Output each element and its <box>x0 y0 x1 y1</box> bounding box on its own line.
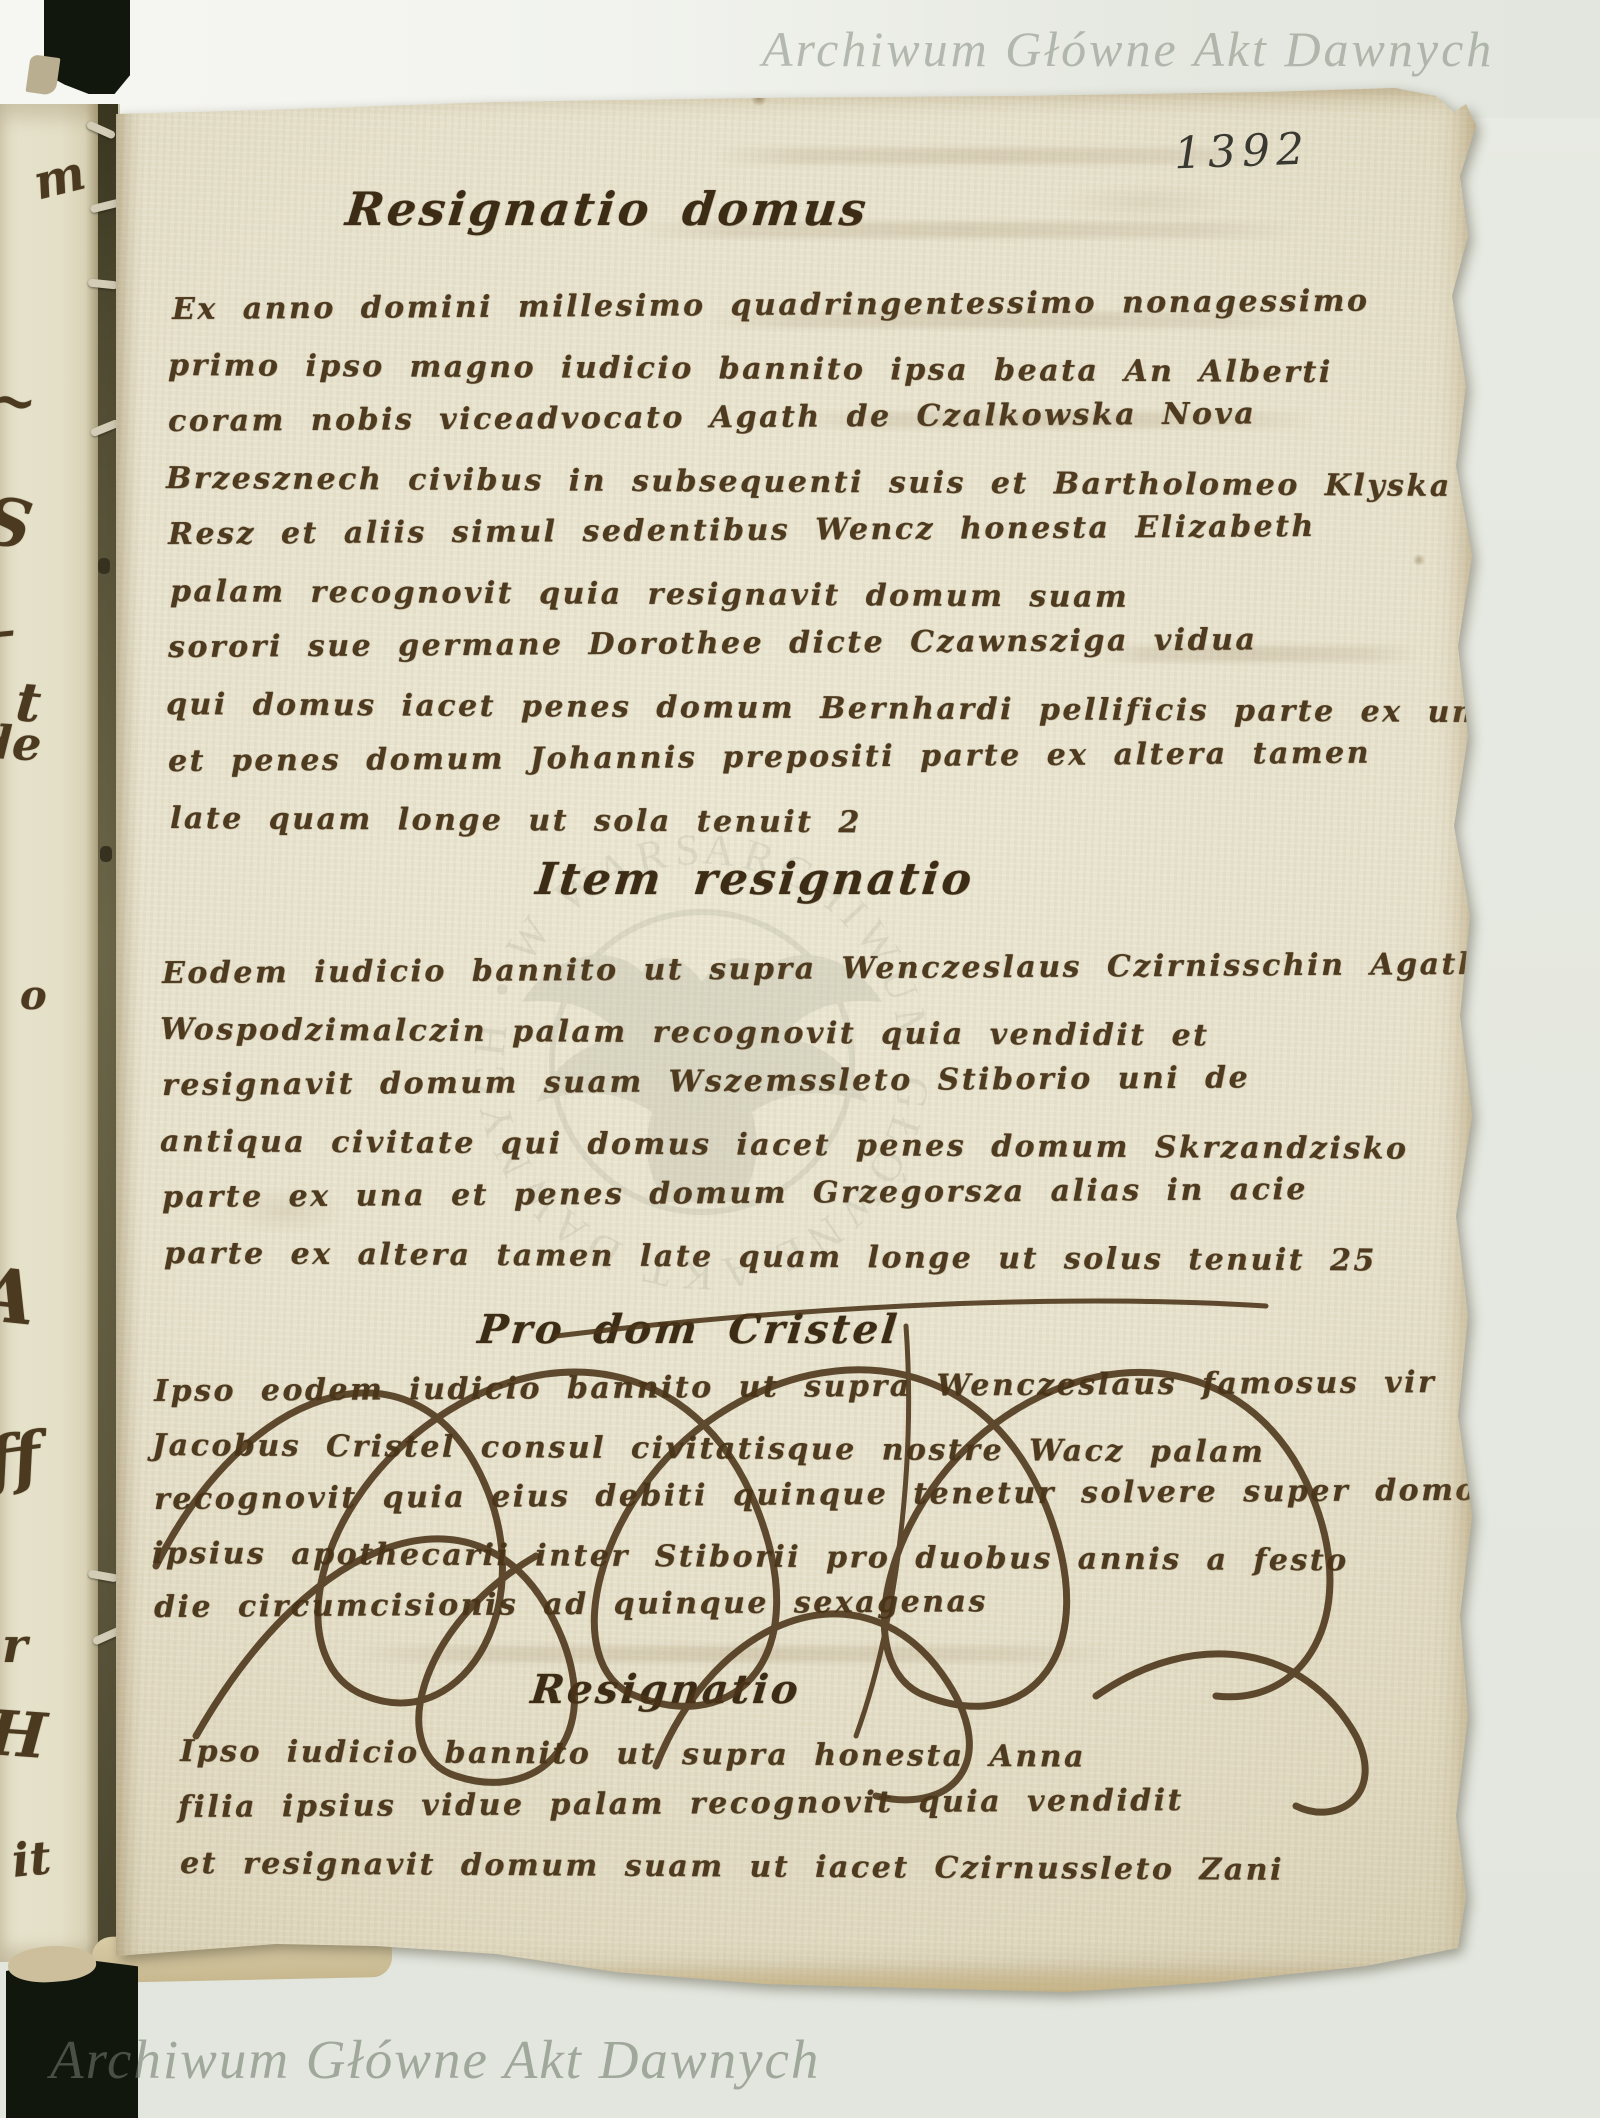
text-line: Resz et aliis simul sedentibus Wencz hon… <box>168 509 1316 552</box>
stain <box>1056 182 1236 222</box>
ink-fragment: A <box>0 1251 40 1343</box>
folio-number: 1392 <box>1173 124 1311 180</box>
text-line: resignavit domum suam Wszemssleto Stibor… <box>162 1060 1250 1103</box>
text-line: qui domus iacet penes domum Bernhardi pe… <box>166 687 1498 730</box>
text-line: sorori sue germane Dorothee dicte Czawns… <box>168 622 1258 665</box>
cancellation-strokes <box>116 1266 1480 1846</box>
ink-fragment: S <box>0 480 38 565</box>
text-line: palam recognovit quia resignavit domum s… <box>170 574 1129 615</box>
ink-fragment: H <box>0 1696 49 1773</box>
text-line: Brzesznech civibus in subsequenti suis e… <box>166 461 1452 504</box>
text-line: Wospodzimalczin palam recognovit quia ve… <box>160 1012 1210 1053</box>
text-line: Eodem iudicio bannito ut supra Wenczesla… <box>162 947 1504 991</box>
ink-fragment: it <box>9 1830 53 1888</box>
manuscript-page: ARCHIWUM GŁÓWNE AKT DAWNYCH • W WARSZAWI… <box>116 86 1480 1992</box>
ink-fragment: m <box>28 145 91 212</box>
section-heading: Resignatio domus <box>343 182 871 236</box>
text-line: parte ex una et penes domum Grzegorsza a… <box>162 1172 1308 1215</box>
watermark-bottom: Archiwum Główne Akt Dawnych <box>50 2028 820 2091</box>
watermark-top: Archiwum Główne Akt Dawnych <box>762 20 1494 78</box>
stitch-knot <box>100 846 112 862</box>
stain <box>750 90 768 106</box>
stitch-knot <box>98 558 110 574</box>
ink-fragment: – <box>0 605 18 656</box>
section-heading: Item resignatio <box>533 854 976 905</box>
manuscript-page-wrap: ARCHIWUM GŁÓWNE AKT DAWNYCH • W WARSZAWI… <box>116 86 1480 1992</box>
page-bottom-edge-highlight <box>156 1966 1396 1992</box>
left-page-edge: m ~ S – t de o A ff r H it <box>0 104 102 1962</box>
stain <box>1412 554 1426 566</box>
ink-fragment: r <box>2 1618 27 1674</box>
text-line: et penes domum Johannis prepositi parte … <box>168 736 1371 779</box>
ink-fragment: ~ <box>0 365 41 437</box>
text-line: primo ipso magno iudicio bannito ipsa be… <box>168 348 1333 390</box>
ink-fragment: ff <box>0 1417 46 1502</box>
text-line: et resignavit domum suam ut iacet Czirnu… <box>180 1846 1284 1888</box>
text-line: late quam longe ut sola tenuit 2 <box>170 801 862 840</box>
text-line: antiqua civitate qui domus iacet penes d… <box>160 1124 1409 1167</box>
text-line: coram nobis viceadvocato Agath de Czalko… <box>168 396 1257 439</box>
ink-fragment: o <box>20 972 47 1019</box>
ink-fragment: de <box>0 714 43 771</box>
archive-scan: m ~ S – t de o A ff r H it ARCHIWUM GŁÓW… <box>0 0 1600 2118</box>
